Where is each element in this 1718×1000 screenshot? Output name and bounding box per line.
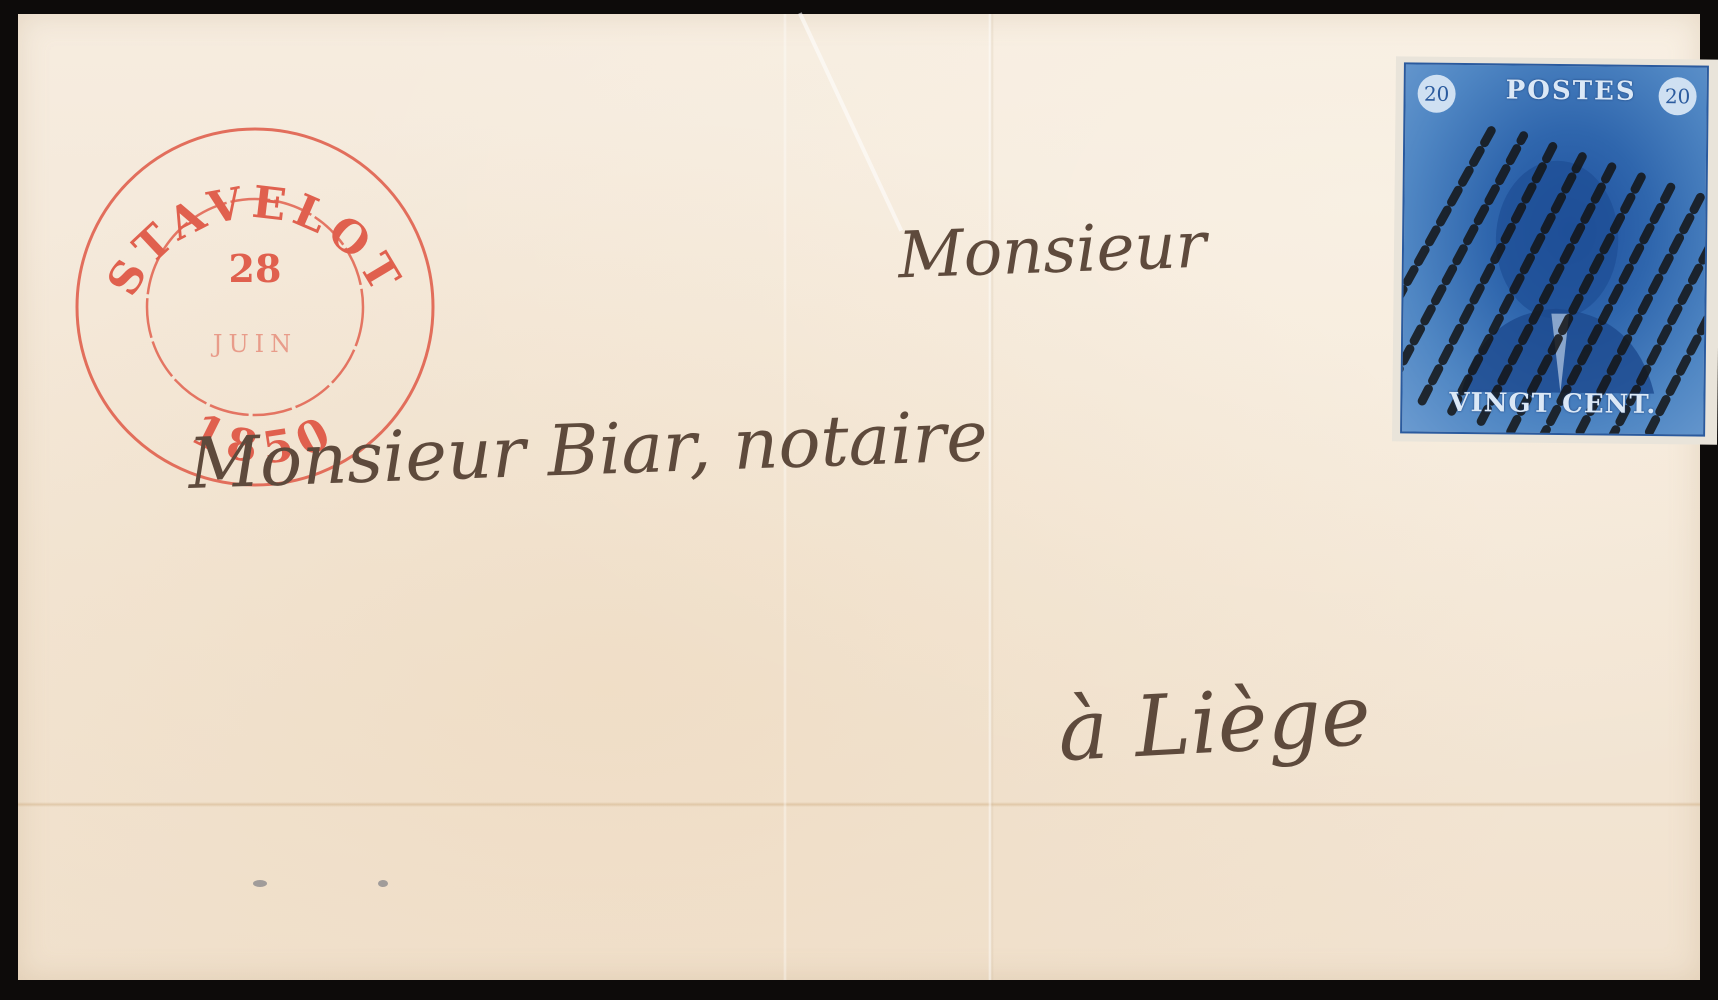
stamp-design: 20 POSTES 20 [1400,62,1709,436]
address-line-3: à Liège [1056,666,1373,780]
vertical-fold-secondary [783,14,787,980]
bar-cancel-icon [1402,64,1707,434]
stamp-bottom-text: VINGT CENT. [1414,388,1691,421]
postmark-month: JUIN [210,330,297,358]
horizontal-fold [18,802,1700,807]
postmark-day: 28 [229,246,282,291]
postage-stamp: 20 POSTES 20 [1392,56,1718,444]
vertical-fold [988,14,994,980]
ink-speck [378,880,388,887]
ink-speck [253,880,267,887]
address-line-1: Monsieur [897,209,1208,294]
postal-cover: STAVELOT 28 JUIN 1850 20 POSTES 20 [18,14,1700,980]
diagonal-crease [798,12,903,231]
